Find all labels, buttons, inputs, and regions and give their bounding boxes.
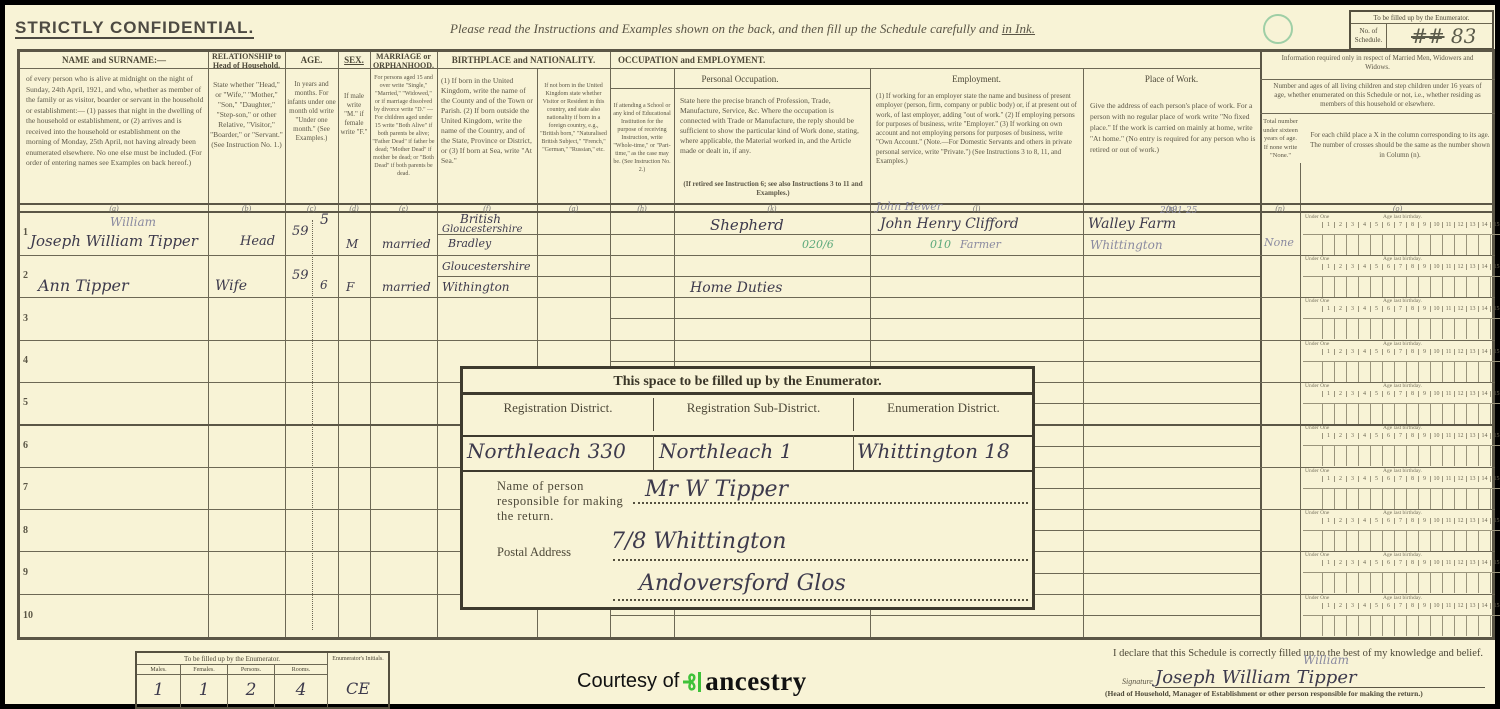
age-cross-cell[interactable] (1479, 404, 1491, 424)
age-cross-cell[interactable] (1443, 616, 1455, 636)
col-k-note: (If retired see Instruction 6; see also … (680, 180, 866, 198)
sex: M (346, 237, 358, 251)
age-cross-cell[interactable] (1455, 319, 1467, 339)
col-l-title: Employment. (870, 74, 1083, 84)
age-cross-cell[interactable] (1383, 489, 1395, 509)
occupation: Home Duties (690, 280, 782, 296)
relationship: Wife (215, 278, 247, 294)
age-cross-cell[interactable] (1323, 616, 1335, 636)
age-cross-cell[interactable] (1467, 362, 1479, 382)
age-cross-cell[interactable] (1347, 616, 1359, 636)
age-cross-cell[interactable] (1335, 362, 1347, 382)
row-number: 9 (23, 567, 28, 578)
row-number: 5 (23, 397, 28, 408)
occupation-title: OCCUPATION and EMPLOYMENT. (618, 55, 765, 65)
age-cross-cell[interactable] (1395, 277, 1407, 297)
schedule-number-box: To be filled up by the Enumerator. No. o… (1349, 10, 1494, 50)
age-cross-cell[interactable] (1303, 446, 1323, 466)
occupation-code: 020/6 (802, 238, 834, 251)
enumerator-box-title: This space to be filled up by the Enumer… (463, 369, 1032, 395)
age-cross-cell[interactable] (1359, 319, 1371, 339)
age-cross-cell[interactable] (1371, 446, 1383, 466)
col-h-desc: If attending a School or any kind of Edu… (612, 102, 672, 174)
birthplace-county: Gloucestershire (442, 224, 522, 235)
age-cross-cell[interactable] (1407, 404, 1419, 424)
age-cross-cell[interactable] (1479, 573, 1491, 593)
registration-district: Northleach 330 (467, 439, 626, 463)
age-cross-cell[interactable] (1303, 319, 1323, 339)
age-cross-cell[interactable] (1407, 616, 1419, 636)
instructions-line: Please read the Instructions and Example… (450, 21, 1035, 37)
col-l-desc: (1) If working for an employer state the… (876, 92, 1080, 166)
birthplace-parish: Withington (442, 280, 510, 294)
age-cross-cell[interactable] (1383, 362, 1395, 382)
age-cross-cell[interactable] (1335, 616, 1347, 636)
row-number: 10 (23, 610, 33, 621)
females-count: 1 (181, 675, 227, 705)
enumerator-box: This space to be filled up by the Enumer… (460, 366, 1035, 610)
age-cross-cell[interactable] (1431, 277, 1443, 297)
age-cross-cell[interactable] (1395, 446, 1407, 466)
age-cross-cell[interactable] (1359, 277, 1371, 297)
age-cross-cell[interactable] (1419, 404, 1431, 424)
age-cross-cell[interactable] (1323, 489, 1335, 509)
declaration-text: I declare that this Schedule is correctl… (1113, 648, 1483, 659)
age-cross-cell[interactable] (1467, 531, 1479, 551)
age-cross-cell[interactable] (1347, 235, 1359, 255)
col-c-title: AGE. (285, 55, 338, 65)
age-cross-cell[interactable] (1383, 404, 1395, 424)
occupation: Shepherd (710, 216, 784, 234)
birthplace-title: BIRTHPLACE and NATIONALITY. (437, 55, 610, 65)
age-cross-cell[interactable] (1407, 446, 1419, 466)
sex: F (346, 280, 354, 294)
age-cross-cell[interactable] (1395, 531, 1407, 551)
age-cross-cell[interactable] (1431, 446, 1443, 466)
enumerator-initials: CE (328, 679, 388, 698)
col-n-desc: Total number under sixteen years of age.… (1262, 118, 1299, 161)
sub-district: Northleach 1 (659, 439, 792, 463)
age-cross-cell[interactable] (1395, 362, 1407, 382)
age-cross-cell[interactable] (1407, 573, 1419, 593)
age-cross-cell[interactable] (1431, 573, 1443, 593)
age-cross-cell[interactable] (1383, 235, 1395, 255)
age-cross-cell[interactable] (1303, 573, 1323, 593)
children-desc: Number and ages of all living children a… (1270, 82, 1485, 109)
col-g-desc: If not born in the United Kingdom state … (539, 82, 608, 154)
col-f-desc: (1) If born in the United Kingdom, write… (441, 76, 536, 166)
age-cross-cell[interactable] (1323, 277, 1335, 297)
age-cross-cell[interactable] (1323, 362, 1335, 382)
age-cross-cell[interactable] (1371, 573, 1383, 593)
age-cross-cell[interactable] (1479, 235, 1491, 255)
age-cross-cell[interactable] (1491, 531, 1500, 551)
age-cross-cell[interactable] (1371, 616, 1383, 636)
age-cross-cell[interactable] (1335, 404, 1347, 424)
row-number: 1 (23, 227, 28, 238)
age-cross-cell[interactable] (1479, 277, 1491, 297)
age-cross-cell[interactable] (1479, 446, 1491, 466)
age-cross-cell[interactable] (1443, 489, 1455, 509)
relationship: Head (240, 234, 275, 249)
age-cross-cell[interactable] (1383, 446, 1395, 466)
ancestry-leaf-icon (681, 670, 703, 694)
col-o-desc: For each child place a X in the column c… (1310, 130, 1490, 160)
age-cross-cell[interactable] (1347, 489, 1359, 509)
age-cross-cell[interactable] (1491, 446, 1500, 466)
rooms-count: 4 (275, 675, 327, 705)
age-cross-cell[interactable] (1371, 235, 1383, 255)
age-cross-cell[interactable] (1395, 573, 1407, 593)
age-cross-cell[interactable] (1491, 489, 1500, 509)
row-number: 8 (23, 525, 28, 536)
age-cross-cell[interactable] (1335, 277, 1347, 297)
age-cross-cell[interactable] (1479, 362, 1491, 382)
age-cross-cell[interactable] (1395, 319, 1407, 339)
age-cross-cell[interactable] (1455, 573, 1467, 593)
schedule-number: ## 83 (1411, 24, 1476, 48)
age-cross-cell[interactable] (1431, 616, 1443, 636)
age-cross-cell[interactable] (1359, 446, 1371, 466)
age-cross-cell[interactable] (1443, 319, 1455, 339)
age-cross-cell[interactable] (1303, 404, 1323, 424)
col-m-desc: Give the address of each person's place … (1090, 100, 1256, 155)
age-cross-cell[interactable] (1443, 235, 1455, 255)
males-count: 1 (137, 675, 180, 705)
age-cross-cell[interactable] (1443, 531, 1455, 551)
col-b-desc: State whether "Head," or "Wife," "Mother… (210, 80, 283, 150)
age-cross-cell[interactable] (1347, 573, 1359, 593)
age-cross-cell[interactable] (1467, 235, 1479, 255)
employer: John Henry Clifford (880, 216, 1019, 232)
age-cross-cell[interactable] (1303, 277, 1323, 297)
enumerator-circle-mark (1263, 14, 1293, 44)
age-cross-cell[interactable] (1407, 531, 1419, 551)
age-cross-cell[interactable] (1455, 489, 1467, 509)
age-cross-cell[interactable] (1491, 573, 1500, 593)
married-info-title: Information required only in respect of … (1270, 54, 1485, 72)
marriage: married (382, 280, 431, 294)
age-cross-cell[interactable] (1323, 319, 1335, 339)
signature-caption: (Head of Household, Manager of Establish… (1105, 689, 1423, 698)
age-cross-cell[interactable] (1323, 573, 1335, 593)
age-cross-cell[interactable] (1467, 446, 1479, 466)
age-cross-cell[interactable] (1407, 235, 1419, 255)
age-cross-cell[interactable] (1407, 277, 1419, 297)
children-total: None (1264, 236, 1294, 249)
age-cross-cell[interactable] (1335, 573, 1347, 593)
age-cross-cell[interactable] (1491, 616, 1500, 636)
postal-address-line1: 7/8 Whittington (611, 529, 786, 554)
age-cross-cell[interactable] (1359, 235, 1371, 255)
age-cross-cell[interactable] (1407, 489, 1419, 509)
col-a-desc: of every person who is alive at midnight… (26, 74, 204, 169)
postal-address-line2: Andoversford Glos (639, 571, 846, 596)
age-cross-cell[interactable] (1455, 531, 1467, 551)
age-cross-cell[interactable] (1335, 531, 1347, 551)
age-cross-cell[interactable] (1407, 362, 1419, 382)
age-cross-cell[interactable] (1479, 531, 1491, 551)
age-cross-cell[interactable] (1347, 404, 1359, 424)
age-cross-cell[interactable] (1359, 362, 1371, 382)
age-cross-cell[interactable] (1371, 277, 1383, 297)
age-cross-cell[interactable] (1323, 446, 1335, 466)
age-cross-cell[interactable] (1419, 235, 1431, 255)
row-number: 4 (23, 355, 28, 366)
age-cross-cell[interactable] (1359, 573, 1371, 593)
age-cross-cell[interactable] (1479, 489, 1491, 509)
age-cross-cell[interactable] (1431, 362, 1443, 382)
age-cross-cell[interactable] (1491, 319, 1500, 339)
age-cross-cell[interactable] (1347, 277, 1359, 297)
age-cross-cell[interactable] (1467, 489, 1479, 509)
age-cross-cell[interactable] (1347, 446, 1359, 466)
age-cross-cell[interactable] (1395, 616, 1407, 636)
age-cross-cell[interactable] (1467, 573, 1479, 593)
age-cross-cell[interactable] (1359, 531, 1371, 551)
age-cross-cell[interactable] (1467, 404, 1479, 424)
age-cross-cell[interactable] (1347, 319, 1359, 339)
place-of-work: Walley Farm (1088, 216, 1176, 232)
age-cross-cell[interactable] (1303, 235, 1323, 255)
age-cross-cell[interactable] (1347, 362, 1359, 382)
age-cross-cell[interactable] (1359, 616, 1371, 636)
employment-code: 010 (930, 238, 951, 251)
age-cross-cell[interactable] (1303, 531, 1323, 551)
age-cross-cell[interactable] (1455, 277, 1467, 297)
age-cross-cell[interactable] (1467, 277, 1479, 297)
age-cross-cell[interactable] (1371, 319, 1383, 339)
age-cross-cell[interactable] (1455, 404, 1467, 424)
row-number: 3 (23, 313, 28, 324)
row-number: 2 (23, 270, 28, 281)
responsible-person: Mr W Tipper (645, 477, 788, 502)
age-cross-cell[interactable] (1443, 446, 1455, 466)
row-number: 7 (23, 482, 28, 493)
marriage: married (382, 237, 431, 251)
birthplace-county: Gloucestershire (442, 260, 531, 273)
age-cross-cell[interactable] (1303, 362, 1323, 382)
age-cross-cell[interactable] (1303, 616, 1323, 636)
age-cross-cell[interactable] (1359, 489, 1371, 509)
age-cross-cell[interactable] (1443, 277, 1455, 297)
age-cross-cell[interactable] (1491, 404, 1500, 424)
age-cross-cell[interactable] (1455, 235, 1467, 255)
age-cross-cell[interactable] (1431, 319, 1443, 339)
age-cross-cell[interactable] (1383, 277, 1395, 297)
age-cross-cell[interactable] (1467, 616, 1479, 636)
col-m-title: Place of Work. (1083, 74, 1260, 84)
birthplace-parish: Bradley (448, 237, 491, 250)
age-cross-cell[interactable] (1323, 404, 1335, 424)
age-cross-cell[interactable] (1431, 489, 1443, 509)
age-cross-cell[interactable] (1335, 489, 1347, 509)
age-cross-cell[interactable] (1347, 531, 1359, 551)
age-cross-cell[interactable] (1443, 404, 1455, 424)
age-cross-cell[interactable] (1491, 235, 1500, 255)
page-title: STRICTLY CONFIDENTIAL. (15, 19, 254, 39)
age-cross-cell[interactable] (1383, 531, 1395, 551)
person-name: Ann Tipper (38, 276, 129, 295)
enumerator-tally-box: To be filled up by the Enumerator. Males… (135, 651, 390, 709)
age-cross-cell[interactable] (1371, 489, 1383, 509)
age-cross-cell[interactable] (1491, 362, 1500, 382)
age-cross-cell[interactable] (1419, 531, 1431, 551)
personal-occupation-title: Personal Occupation. (610, 74, 870, 84)
col-b-title: RELATIONSHIP to Head of Household. (208, 52, 285, 70)
age-cross-cell[interactable] (1443, 573, 1455, 593)
age-cross-cell[interactable] (1303, 489, 1323, 509)
age-cross-cell[interactable] (1395, 235, 1407, 255)
age-cross-cell[interactable] (1383, 319, 1395, 339)
enumeration-district: Whittington 18 (857, 439, 1010, 463)
age-cross-cell[interactable] (1335, 235, 1347, 255)
age: 59 (292, 268, 309, 283)
age-cross-cell[interactable] (1443, 362, 1455, 382)
age-cross-cell[interactable] (1335, 446, 1347, 466)
persons-count: 2 (228, 675, 274, 705)
census-schedule-page: STRICTLY CONFIDENTIAL. Please read the I… (5, 5, 1495, 704)
head-signature: Joseph William Tipper (1155, 667, 1357, 688)
age-cross-cell[interactable] (1455, 616, 1467, 636)
age-cross-cell[interactable] (1395, 404, 1407, 424)
age-cross-cell[interactable] (1359, 404, 1371, 424)
col-a-title: NAME and SURNAME:— (20, 55, 208, 65)
age-cross-cell[interactable] (1383, 616, 1395, 636)
col-c-desc: In years and months. For infants under o… (287, 80, 336, 143)
col-d-desc: If male write "M." if female write "F." (340, 92, 368, 137)
age-cross-cell[interactable] (1455, 362, 1467, 382)
age-cross-cell[interactable] (1419, 362, 1431, 382)
col-k-desc: State here the precise branch of Profess… (680, 96, 866, 156)
age-cross-cell[interactable] (1419, 319, 1431, 339)
age-cross-cell[interactable] (1431, 531, 1443, 551)
age-cross-cell[interactable] (1491, 277, 1500, 297)
age-cross-cell[interactable] (1419, 446, 1431, 466)
age-cross-cell[interactable] (1479, 616, 1491, 636)
row-number: 6 (23, 440, 28, 451)
age-cross-cell[interactable] (1371, 531, 1383, 551)
age-cross-cell[interactable] (1431, 235, 1443, 255)
age-cross-cell[interactable] (1479, 319, 1491, 339)
age-cross-cell[interactable] (1383, 573, 1395, 593)
ancestry-brand: ancestry (705, 666, 806, 697)
age-cross-cell[interactable] (1419, 277, 1431, 297)
age-cross-cell[interactable] (1323, 531, 1335, 551)
col-e-title: MARRIAGE or ORPHANHOOD. (370, 52, 437, 70)
person-name: Joseph William Tipper (30, 232, 198, 250)
age-cross-cell[interactable] (1455, 446, 1467, 466)
ancestry-watermark: Courtesy of ancestry (577, 666, 807, 697)
age-cross-cell[interactable] (1335, 319, 1347, 339)
age-cross-cell[interactable] (1419, 573, 1431, 593)
age-cross-cell[interactable] (1323, 235, 1335, 255)
age: 59 (292, 224, 309, 239)
age-cross-cell[interactable] (1395, 489, 1407, 509)
col-d-title: SEX. (338, 55, 370, 65)
age-cross-cell[interactable] (1419, 616, 1431, 636)
age-cross-cell[interactable] (1431, 404, 1443, 424)
age-cross-cell[interactable] (1371, 404, 1383, 424)
age-cross-cell[interactable] (1419, 489, 1431, 509)
col-e-desc: For persons aged 15 and over write "Sing… (372, 74, 435, 178)
age-cross-cell[interactable] (1371, 362, 1383, 382)
age-cross-cell[interactable] (1467, 319, 1479, 339)
age-cross-cell[interactable] (1407, 319, 1419, 339)
